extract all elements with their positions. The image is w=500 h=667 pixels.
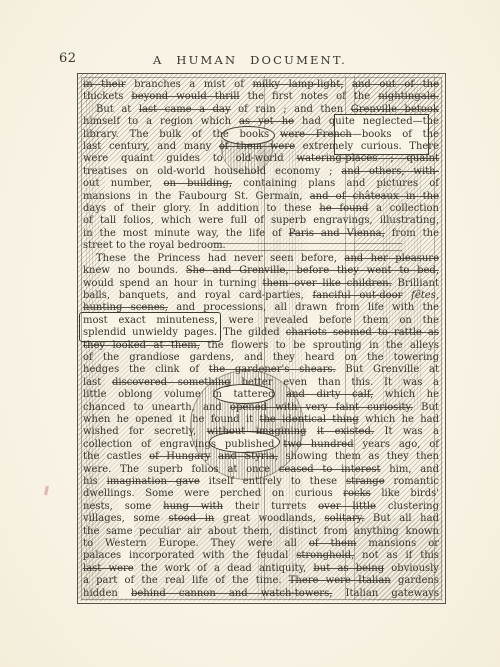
text-line: his imagination gave itself entirely to … xyxy=(83,476,439,488)
body-text: in their branches a mist of milky lamp-l… xyxy=(79,76,443,604)
text-line: the same peculiar air about them, distin… xyxy=(83,526,439,538)
text-line: nests, some hung with their turrets over… xyxy=(83,501,439,513)
text-line: thickets beyond would thrill the first n… xyxy=(83,91,439,103)
text-line: villages, some stood in great woodlands,… xyxy=(83,513,439,525)
text-line: in the most minute way, the life of Pari… xyxy=(83,228,439,240)
text-line: last century, and many of them were extr… xyxy=(83,141,439,153)
text-line: out number, on building, containing plan… xyxy=(83,178,439,190)
text-line: hunting scenes, and processions, all dra… xyxy=(83,302,439,314)
text-line: would spend an hour in turning them over… xyxy=(83,278,439,290)
text-line: they looked at them, the flowers to be s… xyxy=(83,340,439,352)
text-line: library. The bulk of the books were Fren… xyxy=(83,129,439,141)
text-line: last discovered something better even th… xyxy=(83,377,439,389)
text-line: mansions in the Faubourg St. Germain, an… xyxy=(83,191,439,203)
text-line: These the Princess had never seen before… xyxy=(83,253,439,265)
text-line: the castles of Hungary and Styria, showi… xyxy=(83,451,439,463)
book-page: 62 A HUMAN DOCUMENT. in their branches a… xyxy=(0,0,500,667)
running-title: A HUMAN DOCUMENT. xyxy=(0,53,500,67)
text-line: days of their glory. In addition to thes… xyxy=(83,203,439,215)
margin-smudge xyxy=(44,486,49,495)
text-line: splendid unwieldy pages. The gilded char… xyxy=(83,327,439,339)
text-line: dwellings. Some were perched on curious … xyxy=(83,488,439,500)
text-line: little oblong volume in tattered and dir… xyxy=(83,389,439,401)
text-line: in their branches a mist of milky lamp-l… xyxy=(83,79,439,91)
text-line: to Western Europe. They were all of them… xyxy=(83,538,439,550)
text-line: balls, banquets, and royal card-parties,… xyxy=(83,290,439,302)
text-line: collection of engravings published two h… xyxy=(83,439,439,451)
text-line: chanced to unearth, and opened with very… xyxy=(83,402,439,414)
text-line: palaces incorporated with the feudal str… xyxy=(83,550,439,562)
text-line: street to the royal bedroom. xyxy=(83,240,439,252)
text-line: most exact minuteness, were revealed bef… xyxy=(83,315,439,327)
text-line: of tall folios, which were full of super… xyxy=(83,215,439,227)
text-line: hedges the clink of the gardener's shear… xyxy=(83,364,439,376)
text-line: But at last came a day of rain ; and the… xyxy=(83,104,439,116)
text-line: treatises on old-world household economy… xyxy=(83,166,439,178)
text-line: of the grandiose gardens, and they heard… xyxy=(83,352,439,364)
text-line: were. The superb folios at once ceased t… xyxy=(83,464,439,476)
text-line: knew no bounds. She and Grenville, befor… xyxy=(83,265,439,277)
text-line: wished for secretly, without imagining i… xyxy=(83,426,439,438)
text-line: when he opened it he found it the identi… xyxy=(83,414,439,426)
text-line: last were the work of a dead antiquity, … xyxy=(83,563,439,575)
text-line: himself to a region which as yet he had … xyxy=(83,116,439,128)
text-line: hidden behind cannon and watch-towers, I… xyxy=(83,588,439,600)
text-line: a part of the real life of the time. The… xyxy=(83,575,439,587)
text-line: were quaint guides to old-world watering… xyxy=(83,153,439,165)
